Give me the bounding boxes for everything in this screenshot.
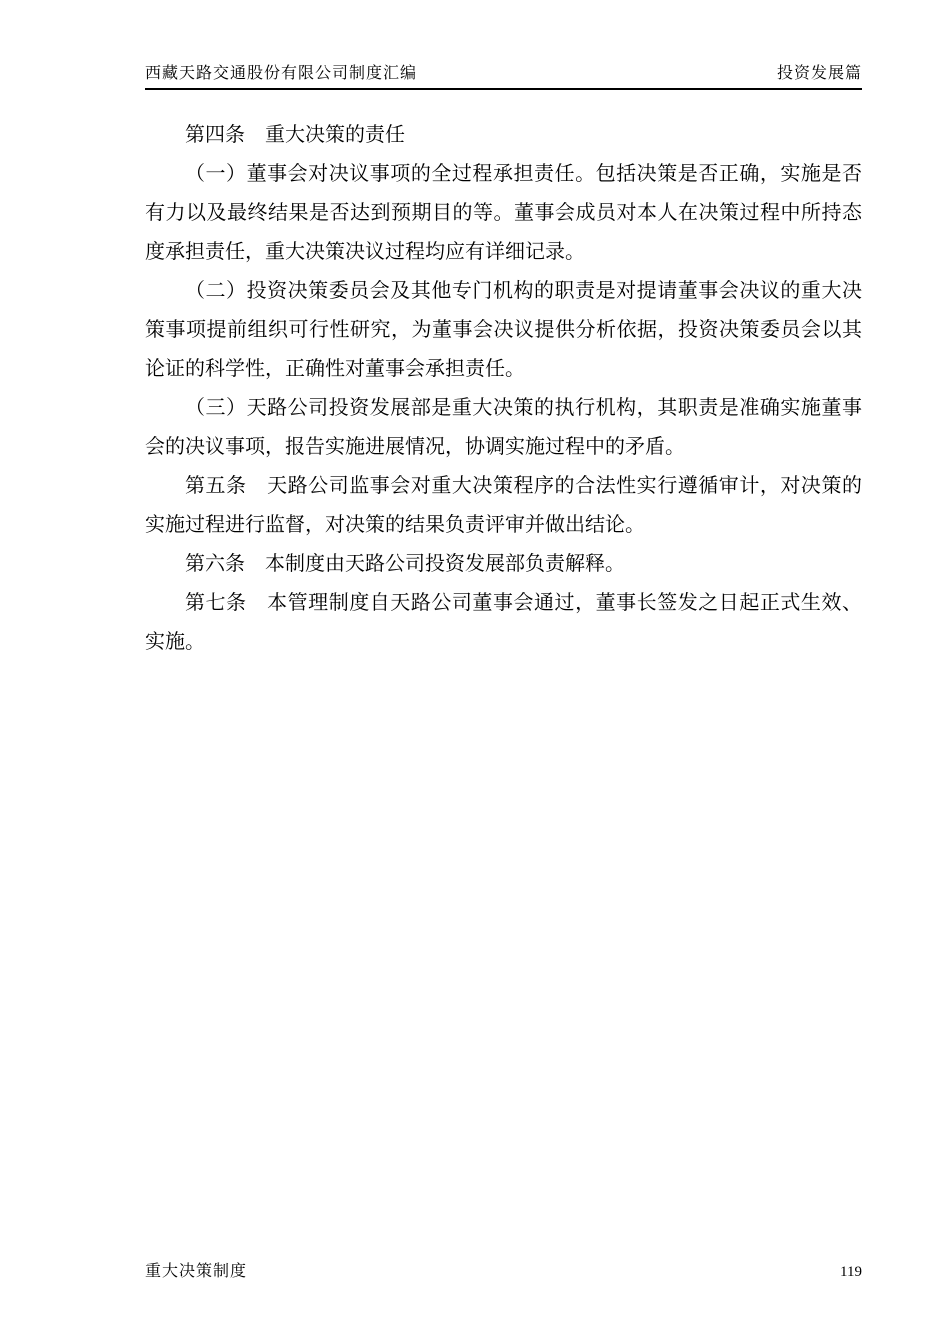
page-header: 西藏天路交通股份有限公司制度汇编 投资发展篇: [145, 60, 862, 90]
paragraph-item1: （一）董事会对决议事项的全过程承担责任。包括决策是否正确，实施是否有力以及最终结…: [145, 155, 862, 272]
footer-page-number: 119: [840, 1264, 862, 1281]
paragraph-article4-title: 第四条 重大决策的责任: [145, 116, 862, 155]
header-company-title: 西藏天路交通股份有限公司制度汇编: [145, 60, 417, 83]
paragraph-item2: （二）投资决策委员会及其他专门机构的职责是对提请董事会决议的重大决策事项提前组织…: [145, 272, 862, 389]
paragraph-article6: 第六条 本制度由天路公司投资发展部负责解释。: [145, 545, 862, 584]
paragraph-item3: （三）天路公司投资发展部是重大决策的执行机构，其职责是准确实施董事会的决议事项，…: [145, 389, 862, 467]
header-section-title: 投资发展篇: [777, 60, 862, 83]
paragraph-article7: 第七条 本管理制度自天路公司董事会通过，董事长签发之日起正式生效、实施。: [145, 584, 862, 662]
page-footer: 重大决策制度 119: [145, 1258, 862, 1281]
paragraph-article5: 第五条 天路公司监事会对重大决策程序的合法性实行遵循审计，对决策的实施过程进行监…: [145, 467, 862, 545]
document-body: 第四条 重大决策的责任 （一）董事会对决议事项的全过程承担责任。包括决策是否正确…: [145, 116, 862, 662]
footer-document-title: 重大决策制度: [145, 1258, 247, 1281]
document-page: 西藏天路交通股份有限公司制度汇编 投资发展篇 第四条 重大决策的责任 （一）董事…: [0, 0, 950, 1344]
